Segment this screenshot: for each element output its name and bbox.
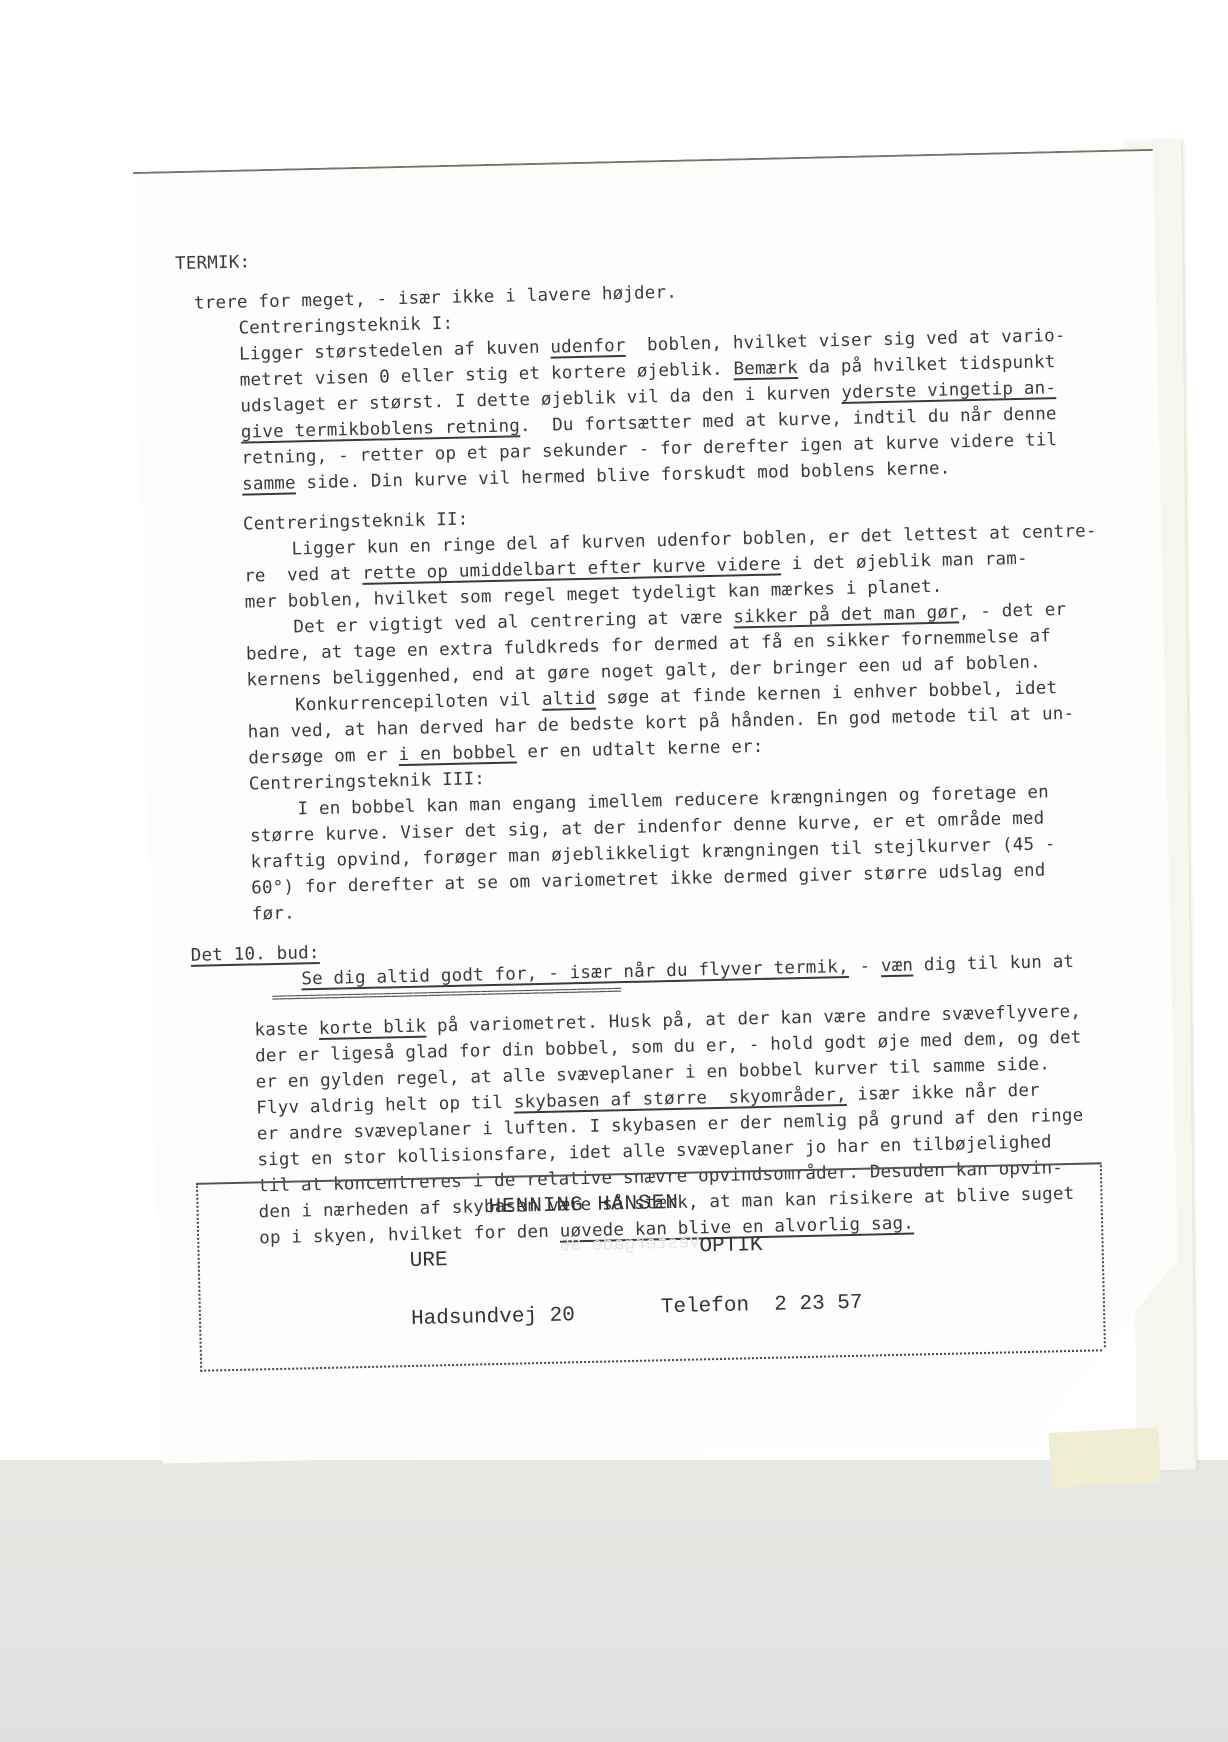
section3-paragraph: I en bobbel kan man engang imellem reduc… [187,778,1130,929]
text-run: kaste [254,1019,319,1040]
underlying-sheet-corner [1049,1427,1162,1488]
text-run: Ligger størstedelen af kuven [239,338,551,365]
ad-address: Hadsundvej 20 [411,1304,575,1331]
section1-paragraph: Ligger størstedelen af kuven udenfor bob… [177,322,1120,499]
underlined-text: yderste vingetip an- [841,378,1056,403]
document-page: TERMIK: trere for meget, - især ikke i l… [133,149,1182,1464]
underlined-text: Bemærk [733,358,798,379]
text-run: er en udtalt kerne er: [516,737,763,763]
showthrough-text: Vestergade 96 [559,1233,700,1256]
underlined-text: udenfor [550,336,626,358]
underlined-text: i en bobbel [398,742,517,765]
ad-business-name: HENNING HANSEN [488,1192,679,1219]
text-run: Flyv aldrig helt op til [256,1093,514,1119]
ad-phone: Telefon 2 23 57 [661,1292,863,1320]
ad-label-optics: OPTIK [699,1234,763,1258]
text-run: da på hvilket tidspunkt [798,352,1056,378]
document-body: TERMIK: trere for meget, - især ikke i l… [175,230,1137,1253]
text-run: Konkurrencepiloten vil [295,690,542,716]
advertisement-box: Vestergade 96 HENNING HANSEN URE OPTIK H… [196,1162,1106,1372]
underlined-text: korte blik [319,1017,427,1039]
scanner-background [0,1460,1228,1742]
text-run: re ved at [244,564,363,587]
text-run: i det øjeblik man ram- [781,549,1028,575]
text-run: dersøge om er [248,745,399,768]
text-run: især ikke når der [846,1081,1040,1105]
text-run: , - det er [959,600,1067,622]
text-run: før. [252,904,295,925]
underlined-text: altid [542,689,596,710]
ad-label-watches: URE [410,1249,448,1273]
underlined-text: sikker på det man gør [733,602,959,627]
underlined-text: samme [242,473,296,494]
section2-paragraph: Ligger kun en ringe del af kurven udenfo… [181,518,1126,773]
underlined-text: give termikboblens retning [241,416,521,442]
